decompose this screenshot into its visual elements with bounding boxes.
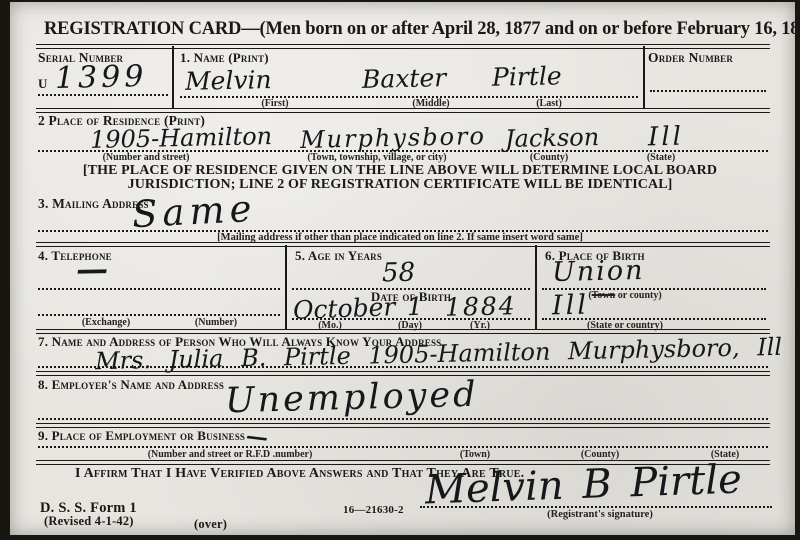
divider-line: [36, 423, 770, 428]
residence-county-value: Jackson: [505, 123, 600, 153]
divider-line: [36, 242, 770, 247]
divider-line: [535, 245, 537, 329]
form-revision-text: (Revised 4-1-42): [44, 514, 134, 529]
telephone-line-2: [38, 314, 280, 316]
divider-line: [285, 245, 287, 329]
serial-number-value: 1399: [55, 59, 148, 96]
residence-street-caption: (Number and street): [86, 152, 206, 163]
caption-rest: or county): [615, 290, 661, 301]
telephone-exchange-caption: (Exchange): [70, 317, 142, 328]
birth-day-value: 1: [407, 292, 424, 321]
residence-town-caption: (Town, township, village, or city): [277, 152, 477, 163]
contact-person-line: [38, 366, 768, 368]
name-label: 1. Name (Print): [180, 50, 269, 66]
name-middle-value: Baxter: [362, 63, 447, 94]
caption-struck-town: Town: [592, 290, 616, 301]
over-text: (over): [194, 517, 227, 532]
local-board-notice-line2: JURISDICTION; LINE 2 OF REGISTRATION CER…: [40, 177, 760, 193]
mailing-address-value: Same: [131, 187, 257, 236]
order-number-label: Order Number: [648, 50, 733, 66]
divider-line: [36, 329, 770, 334]
telephone-line-1: [38, 288, 280, 290]
age-value: 58: [382, 258, 416, 289]
serial-number-prefix: U: [38, 76, 47, 92]
divider-line: [36, 108, 770, 113]
telephone-value: —: [76, 250, 109, 289]
employment-place-line: [38, 446, 768, 448]
divider-line: [172, 46, 174, 108]
employment-county-caption: (County): [565, 449, 635, 460]
age-label: 5. Age in Years: [295, 248, 382, 264]
order-number-line: [650, 90, 766, 92]
employer-value: Unemployed: [225, 375, 479, 422]
birthplace-town-value: Union: [552, 255, 645, 288]
employment-town-caption: (Town): [445, 449, 505, 460]
residence-state-value: Ill: [648, 122, 685, 153]
residence-state-caption: (State): [631, 152, 691, 163]
print-code-text: 16—21630-2: [343, 504, 404, 516]
divider-line: [36, 371, 770, 376]
registration-card: REGISTRATION CARD—(Men born on or after …: [0, 0, 800, 540]
residence-county-caption: (County): [514, 152, 584, 163]
divider-line: [643, 46, 645, 108]
employment-street-caption: (Number and street or R.F.D .number): [120, 449, 340, 460]
employer-label: 8. Employer's Name and Address: [38, 377, 224, 393]
telephone-number-caption: (Number): [180, 317, 252, 328]
divider-line: [36, 44, 770, 49]
birthplace-state-value: Ill: [552, 290, 590, 322]
signature-caption: (Registrant's signature): [480, 509, 720, 520]
signature-line: [420, 506, 772, 508]
name-last-value: Pirtle: [492, 61, 562, 91]
employment-place-label: 9. Place of Employment or Business: [38, 428, 245, 444]
serial-number-line: [38, 94, 168, 96]
employer-line: [38, 418, 768, 420]
card-title: REGISTRATION CARD—(Men born on or after …: [44, 19, 800, 40]
name-first-value: Melvin: [185, 65, 272, 96]
